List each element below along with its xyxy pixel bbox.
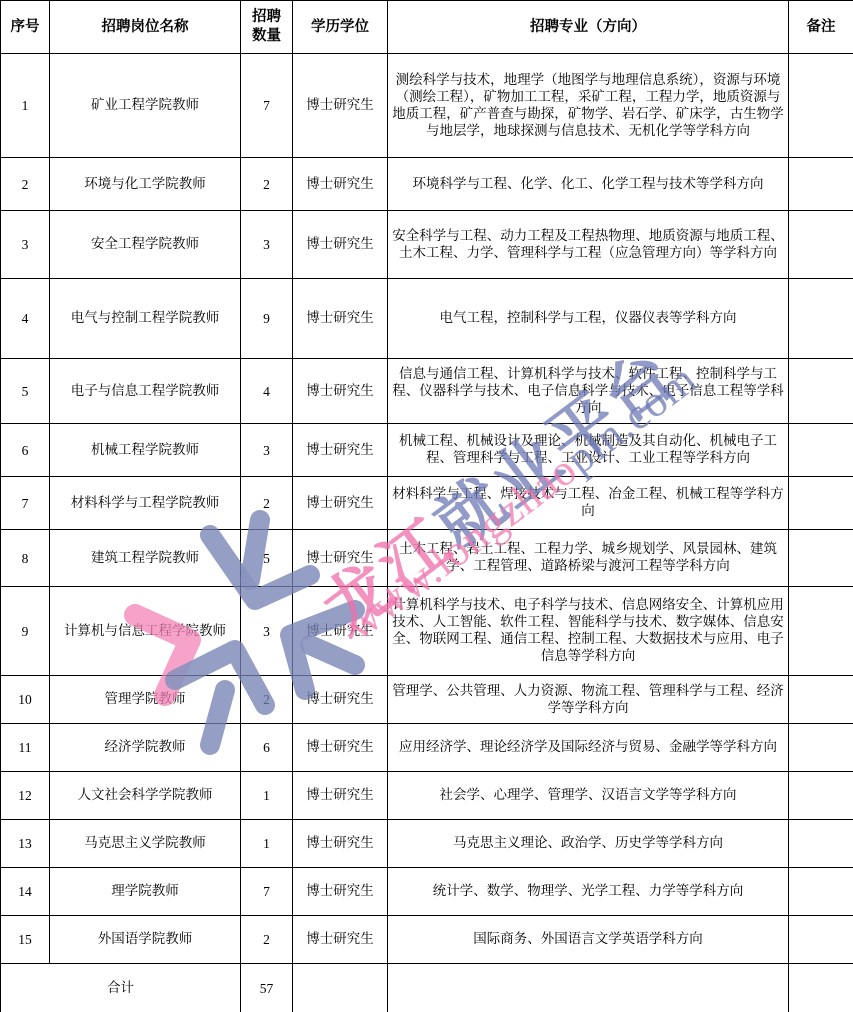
row-major: 应用经济学、理论经济学及国际经济与贸易、金融学等学科方向 <box>388 724 789 772</box>
row-index: 14 <box>1 868 50 916</box>
row-position: 电气与控制工程学院教师 <box>50 279 241 359</box>
row-major: 信息与通信工程、计算机科学与技术、软件工程、控制科学与工程、仪器科学与技术、电子… <box>388 359 789 424</box>
row-major: 国际商务、外国语言文学英语学科方向 <box>388 916 789 964</box>
table-row: 7 材料科学与工程学院教师 2 博士研究生 材料科学与工程、焊接技术与工程、冶金… <box>1 477 853 530</box>
row-position: 材料科学与工程学院教师 <box>50 477 241 530</box>
row-index: 8 <box>1 530 50 587</box>
row-position: 安全工程学院教师 <box>50 211 241 279</box>
row-degree: 博士研究生 <box>293 359 388 424</box>
row-index: 3 <box>1 211 50 279</box>
row-major: 土木工程、岩土工程、工程力学、城乡规划学、风景园林、建筑学、工程管理、道路桥梁与… <box>388 530 789 587</box>
header-major: 招聘专业（方向） <box>388 1 789 54</box>
row-degree: 博士研究生 <box>293 724 388 772</box>
row-count: 7 <box>241 868 293 916</box>
row-count: 2 <box>241 916 293 964</box>
header-degree: 学历学位 <box>293 1 388 54</box>
table-row: 6 机械工程学院教师 3 博士研究生 机械工程、机械设计及理论、机械制造及其自动… <box>1 424 853 477</box>
table-row: 1 矿业工程学院教师 7 博士研究生 测绘科学与技术，地理学（地图学与地理信息系… <box>1 54 853 158</box>
total-label: 合计 <box>1 964 241 1012</box>
total-count: 57 <box>241 964 293 1012</box>
row-position: 机械工程学院教师 <box>50 424 241 477</box>
row-remark <box>789 279 853 359</box>
row-remark <box>789 868 853 916</box>
row-index: 11 <box>1 724 50 772</box>
row-count: 2 <box>241 676 293 724</box>
row-degree: 博士研究生 <box>293 54 388 158</box>
row-major: 马克思主义理论、政治学、历史学等学科方向 <box>388 820 789 868</box>
row-position: 人文社会科学学院教师 <box>50 772 241 820</box>
row-remark <box>789 54 853 158</box>
row-count: 4 <box>241 359 293 424</box>
row-index: 13 <box>1 820 50 868</box>
row-major: 机械工程、机械设计及理论、机械制造及其自动化、机械电子工程、管理科学与工程、工业… <box>388 424 789 477</box>
row-degree: 博士研究生 <box>293 530 388 587</box>
row-remark <box>789 676 853 724</box>
total-degree-empty <box>293 964 388 1012</box>
row-major: 计算机科学与技术、电子科学与技术、信息网络安全、计算机应用技术、人工智能、软件工… <box>388 587 789 676</box>
table-row: 4 电气与控制工程学院教师 9 博士研究生 电气工程，控制科学与工程，仪器仪表等… <box>1 279 853 359</box>
table-row: 5 电子与信息工程学院教师 4 博士研究生 信息与通信工程、计算机科学与技术、软… <box>1 359 853 424</box>
row-index: 6 <box>1 424 50 477</box>
row-position: 马克思主义学院教师 <box>50 820 241 868</box>
row-position: 管理学院教师 <box>50 676 241 724</box>
row-major: 测绘科学与技术，地理学（地图学与地理信息系统），资源与环境（测绘工程），矿物加工… <box>388 54 789 158</box>
row-degree: 博士研究生 <box>293 477 388 530</box>
row-count: 3 <box>241 424 293 477</box>
row-count: 6 <box>241 724 293 772</box>
row-major: 环境科学与工程、化学、化工、化学工程与技术等学科方向 <box>388 158 789 211</box>
row-major: 社会学、心理学、管理学、汉语言文学等学科方向 <box>388 772 789 820</box>
row-degree: 博士研究生 <box>293 868 388 916</box>
header-count: 招聘数量 <box>241 1 293 54</box>
row-count: 1 <box>241 772 293 820</box>
recruitment-table: 序号 招聘岗位名称 招聘数量 学历学位 招聘专业（方向） 备注 1 矿业工程学院… <box>0 0 853 1012</box>
table-row: 10 管理学院教师 2 博士研究生 管理学、公共管理、人力资源、物流工程、管理科… <box>1 676 853 724</box>
total-remark-empty <box>789 964 853 1012</box>
header-row: 序号 招聘岗位名称 招聘数量 学历学位 招聘专业（方向） 备注 <box>1 1 853 54</box>
row-index: 2 <box>1 158 50 211</box>
row-remark <box>789 916 853 964</box>
row-remark <box>789 424 853 477</box>
row-remark <box>789 359 853 424</box>
row-index: 9 <box>1 587 50 676</box>
row-degree: 博士研究生 <box>293 676 388 724</box>
table-row: 14 理学院教师 7 博士研究生 统计学、数学、物理学、光学工程、力学等学科方向 <box>1 868 853 916</box>
row-count: 5 <box>241 530 293 587</box>
row-count: 1 <box>241 820 293 868</box>
total-major-empty <box>388 964 789 1012</box>
header-position: 招聘岗位名称 <box>50 1 241 54</box>
header-count-label: 招聘数量 <box>252 9 281 44</box>
header-index: 序号 <box>1 1 50 54</box>
row-degree: 博士研究生 <box>293 158 388 211</box>
row-remark <box>789 772 853 820</box>
row-position: 电子与信息工程学院教师 <box>50 359 241 424</box>
row-count: 2 <box>241 477 293 530</box>
row-major: 安全科学与工程、动力工程及工程热物理、地质资源与地质工程、土木工程、力学、管理科… <box>388 211 789 279</box>
row-major: 统计学、数学、物理学、光学工程、力学等学科方向 <box>388 868 789 916</box>
row-degree: 博士研究生 <box>293 424 388 477</box>
row-degree: 博士研究生 <box>293 211 388 279</box>
header-remark: 备注 <box>789 1 853 54</box>
table-row: 3 安全工程学院教师 3 博士研究生 安全科学与工程、动力工程及工程热物理、地质… <box>1 211 853 279</box>
row-count: 2 <box>241 158 293 211</box>
table-row: 2 环境与化工学院教师 2 博士研究生 环境科学与工程、化学、化工、化学工程与技… <box>1 158 853 211</box>
row-position: 矿业工程学院教师 <box>50 54 241 158</box>
table-row: 8 建筑工程学院教师 5 博士研究生 土木工程、岩土工程、工程力学、城乡规划学、… <box>1 530 853 587</box>
row-index: 7 <box>1 477 50 530</box>
row-remark <box>789 724 853 772</box>
row-index: 5 <box>1 359 50 424</box>
row-major: 电气工程，控制科学与工程，仪器仪表等学科方向 <box>388 279 789 359</box>
row-position: 环境与化工学院教师 <box>50 158 241 211</box>
row-index: 12 <box>1 772 50 820</box>
row-remark <box>789 477 853 530</box>
row-index: 10 <box>1 676 50 724</box>
row-degree: 博士研究生 <box>293 587 388 676</box>
row-count: 3 <box>241 587 293 676</box>
row-position: 外国语学院教师 <box>50 916 241 964</box>
row-position: 计算机与信息工程学院教师 <box>50 587 241 676</box>
row-position: 建筑工程学院教师 <box>50 530 241 587</box>
row-degree: 博士研究生 <box>293 820 388 868</box>
row-index: 1 <box>1 54 50 158</box>
row-remark <box>789 211 853 279</box>
table-row: 9 计算机与信息工程学院教师 3 博士研究生 计算机科学与技术、电子科学与技术、… <box>1 587 853 676</box>
row-count: 7 <box>241 54 293 158</box>
row-major: 材料科学与工程、焊接技术与工程、冶金工程、机械工程等学科方向 <box>388 477 789 530</box>
row-degree: 博士研究生 <box>293 279 388 359</box>
row-index: 15 <box>1 916 50 964</box>
table-row: 12 人文社会科学学院教师 1 博士研究生 社会学、心理学、管理学、汉语言文学等… <box>1 772 853 820</box>
total-row: 合计 57 <box>1 964 853 1012</box>
row-degree: 博士研究生 <box>293 772 388 820</box>
row-position: 经济学院教师 <box>50 724 241 772</box>
row-index: 4 <box>1 279 50 359</box>
row-count: 3 <box>241 211 293 279</box>
row-remark <box>789 820 853 868</box>
row-remark <box>789 530 853 587</box>
table-row: 13 马克思主义学院教师 1 博士研究生 马克思主义理论、政治学、历史学等学科方… <box>1 820 853 868</box>
table-row: 11 经济学院教师 6 博士研究生 应用经济学、理论经济学及国际经济与贸易、金融… <box>1 724 853 772</box>
table-row: 15 外国语学院教师 2 博士研究生 国际商务、外国语言文学英语学科方向 <box>1 916 853 964</box>
row-degree: 博士研究生 <box>293 916 388 964</box>
row-count: 9 <box>241 279 293 359</box>
row-remark <box>789 158 853 211</box>
row-remark <box>789 587 853 676</box>
row-position: 理学院教师 <box>50 868 241 916</box>
row-major: 管理学、公共管理、人力资源、物流工程、管理科学与工程、经济学等学科方向 <box>388 676 789 724</box>
